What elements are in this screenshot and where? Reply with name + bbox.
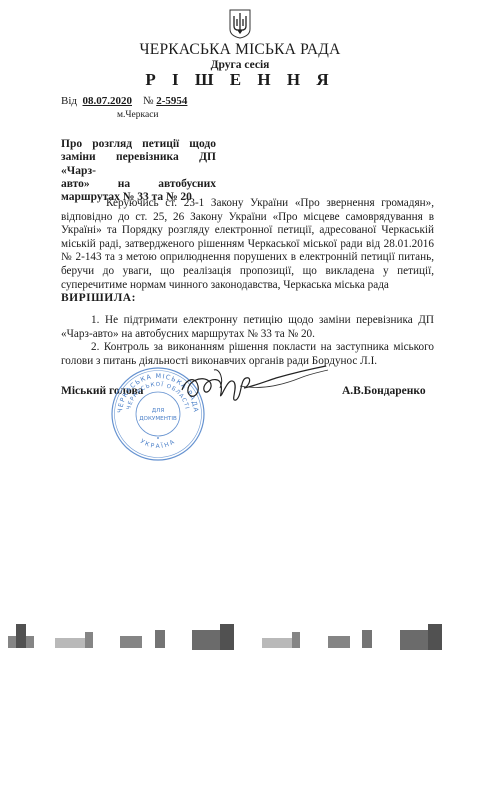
decision-number: 2-5954 [156,95,187,107]
handwritten-signature [180,360,330,410]
decision-date: 08.07.2020 [83,95,133,107]
subject-line: Про розгляд петиції щодо [61,138,216,151]
preamble-paragraph: Керуючись ст. 23-1 Закону України «Про з… [61,197,434,292]
date-number-line: Від 08.07.2020 № 2-5954 [61,95,187,107]
svg-text:УКРАЇНА: УКРАЇНА [139,438,177,450]
trident-coat-of-arms-icon [229,9,251,39]
council-name: ЧЕРКАСЬКА МІСЬКА РАДА [0,41,480,59]
date-prefix: Від [61,95,77,107]
subject-line: заміни перевізника ДП «Чарз- [61,151,216,178]
scan-artifact [0,618,480,652]
stamp-center-line: ДЛЯ [152,408,165,414]
number-prefix: № [143,95,154,107]
resolved-heading: ВИРІШИЛА: [61,292,136,304]
resolution-item: 1. Не підтримати електронну петицію щодо… [61,314,434,341]
subject-line: авто» на автобусних [61,178,216,191]
stamp-bottom-text: УКРАЇНА [139,438,177,450]
stamp-center-line: ДОКУМЕНТІВ [139,416,177,422]
decision-subject: Про розгляд петиції щодо заміни перевізн… [61,138,216,204]
signatory-name: А.В.Бондаренко [342,385,426,397]
document-type-title: Р І Ш Е Н Н Я [0,70,480,90]
city: м.Черкаси [117,110,159,120]
